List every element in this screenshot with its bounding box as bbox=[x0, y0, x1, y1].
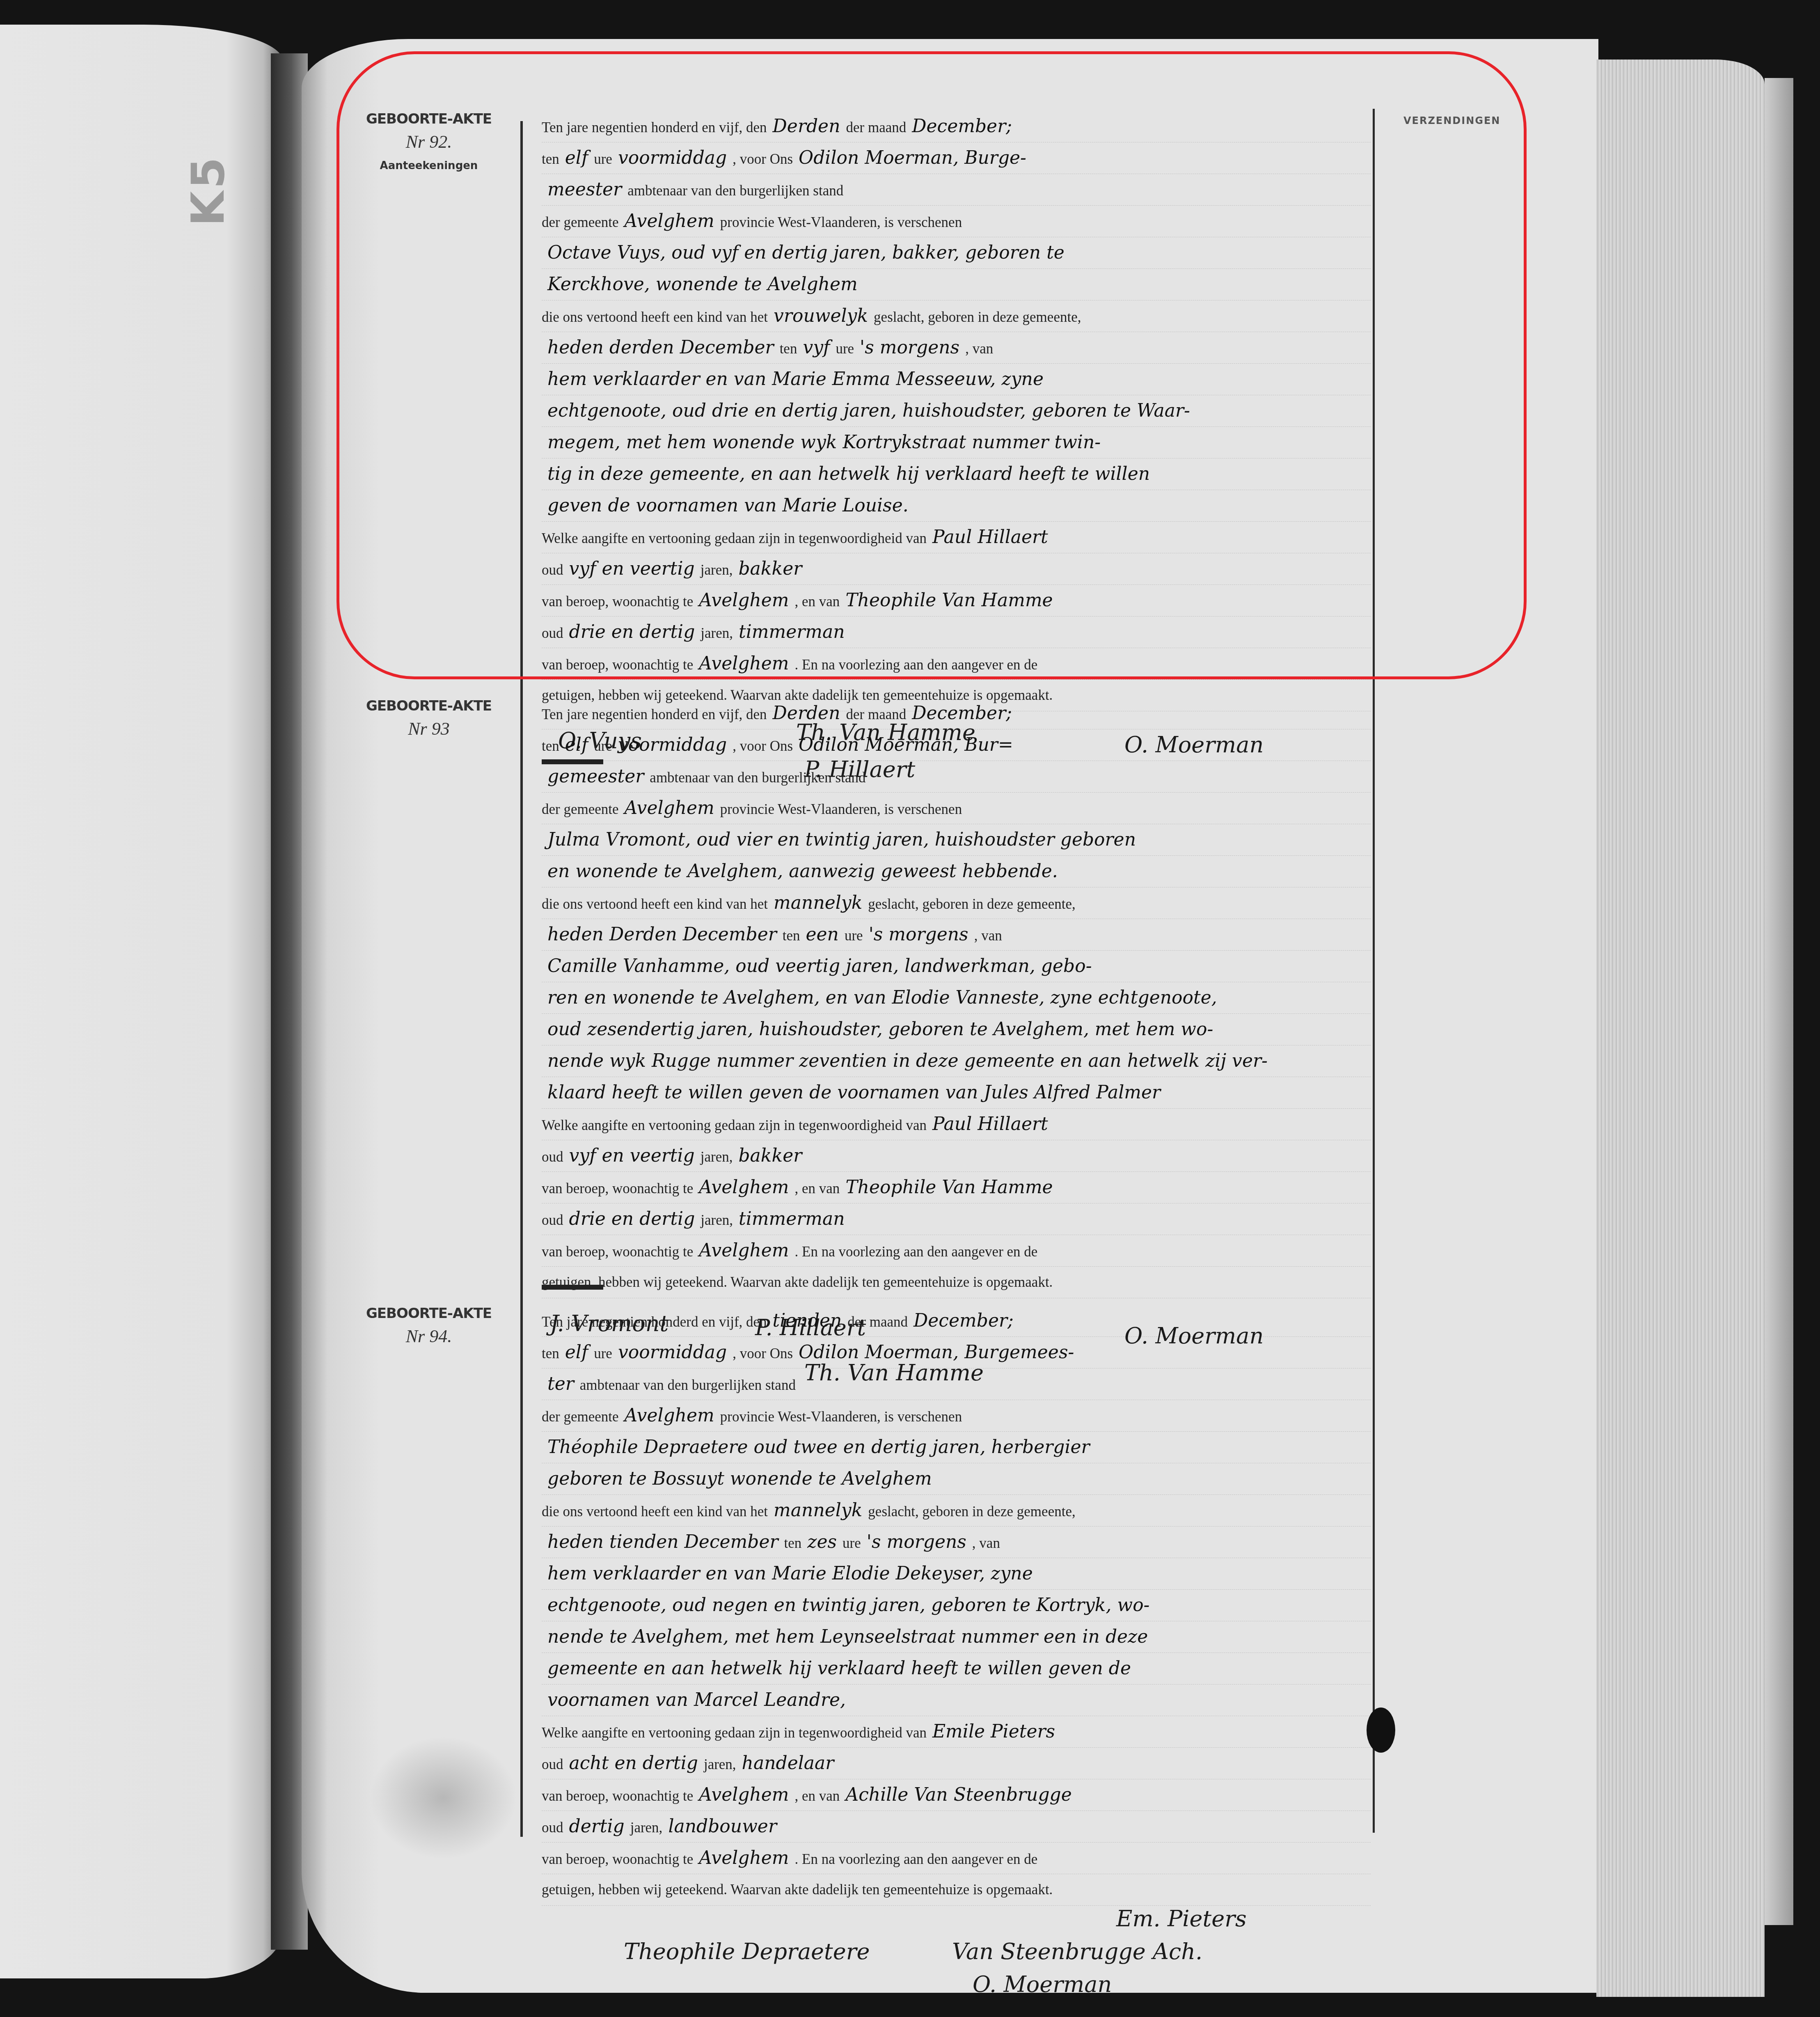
act-line: terambtenaar van den burgerlijken stand bbox=[542, 1368, 1371, 1400]
handwritten-entry: Camille Vanhamme, oud veertig jaren, lan… bbox=[542, 956, 1098, 976]
handwritten-entry: gemeente en aan hetwelk hij verklaard he… bbox=[542, 1658, 1137, 1679]
handwritten-entry: elf bbox=[559, 147, 594, 168]
printed-text: jaren, bbox=[701, 562, 733, 578]
act-line: tenelfurevoormiddag, voor OnsOdilon Moer… bbox=[542, 1337, 1371, 1368]
act-line: geboren te Bossuyt wonende te Avelghem bbox=[542, 1463, 1371, 1495]
handwritten-entry: megem, met hem wonende wyk Kortrykstraat… bbox=[542, 432, 1106, 453]
handwritten-entry: voormiddag bbox=[612, 1342, 733, 1363]
act-line: der gemeenteAvelghemprovincie West-Vlaan… bbox=[542, 1400, 1371, 1432]
act-line: ouddertigjaren,landbouwer bbox=[542, 1811, 1371, 1843]
printed-text: ambtenaar van den burgerlijken stand bbox=[627, 183, 843, 199]
printed-text: ure bbox=[594, 738, 612, 754]
act-line: heden tienden Decembertenzesure's morgen… bbox=[542, 1527, 1371, 1558]
printed-text: oud bbox=[542, 1149, 563, 1165]
handwritten-entry: Kerckhove, wonende te Avelghem bbox=[542, 274, 863, 295]
handwritten-entry: vyf bbox=[797, 337, 836, 358]
act-line: geven de voornamen van Marie Louise. bbox=[542, 490, 1371, 522]
printed-text: ure bbox=[842, 1535, 861, 1551]
handwritten-entry: dertig bbox=[563, 1816, 630, 1837]
handwritten-entry: nende wyk Rugge nummer zeventien in deze… bbox=[542, 1050, 1273, 1071]
printed-text: van beroep, woonachtig te bbox=[542, 657, 693, 673]
act-kind: GEBOORTE-AKTE bbox=[361, 111, 497, 127]
act-line: gemeente en aan hetwelk hij verklaard he… bbox=[542, 1653, 1371, 1685]
handwritten-entry: hem verklaarder en van Marie Emma Messee… bbox=[542, 369, 1049, 390]
handwritten-entry: Odilon Moerman, Bur= bbox=[793, 734, 1019, 755]
act-line: Welke aangifte en vertooning gedaan zijn… bbox=[542, 522, 1371, 553]
act-line: megem, met hem wonende wyk Kortrykstraat… bbox=[542, 427, 1371, 458]
handwritten-entry: 's morgens bbox=[854, 337, 965, 358]
act-line: hem verklaarder en van Marie Elodie Deke… bbox=[542, 1558, 1371, 1590]
printed-text: van beroep, woonachtig te bbox=[542, 1180, 693, 1196]
printed-text: ten bbox=[542, 738, 559, 754]
printed-text: geslacht, geboren in deze gemeente, bbox=[868, 1504, 1075, 1520]
handwritten-entry: timmerman bbox=[733, 1208, 851, 1229]
handwritten-entry: mannelyk bbox=[768, 892, 868, 913]
handwritten-entry: December; bbox=[908, 1310, 1019, 1331]
act-line: oudvyf en veertigjaren,bakker bbox=[542, 553, 1371, 585]
printed-text: der maand bbox=[846, 119, 907, 135]
act-line: die ons vertoond heeft een kind van hetv… bbox=[542, 300, 1371, 332]
handwritten-entry: acht en dertig bbox=[563, 1753, 704, 1774]
handwritten-entry: Avelghem bbox=[693, 1177, 794, 1198]
printed-text: die ons vertoond heeft een kind van het bbox=[542, 1504, 768, 1520]
act-number: Nr 94. bbox=[361, 1326, 497, 1347]
act-line: der gemeenteAvelghemprovincie West-Vlaan… bbox=[542, 206, 1371, 237]
printed-text: jaren, bbox=[701, 1212, 733, 1228]
printed-text: getuigen, hebben wij geteekend. Waarvan … bbox=[542, 1882, 1053, 1898]
act-line: der gemeenteAvelghemprovincie West-Vlaan… bbox=[542, 793, 1371, 824]
printed-text: ambtenaar van den burgerlijken stand bbox=[650, 770, 865, 786]
act-line: die ons vertoond heeft een kind van hetm… bbox=[542, 1495, 1371, 1527]
act-kind: GEBOORTE-AKTE bbox=[361, 1305, 497, 1322]
act-line: getuigen, hebben wij geteekend. Waarvan … bbox=[542, 1874, 1371, 1906]
handwritten-entry: Avelghem bbox=[693, 590, 794, 611]
handwritten-entry: Derden bbox=[767, 116, 846, 137]
act-line: meesterambtenaar van den burgerlijken st… bbox=[542, 174, 1371, 206]
act-number: Nr 92. bbox=[361, 131, 497, 152]
printed-text: jaren, bbox=[701, 1149, 733, 1165]
signature: O. Moerman bbox=[973, 1971, 1112, 1997]
page-edges bbox=[1596, 60, 1765, 1997]
handwritten-entry: Avelghem bbox=[619, 211, 720, 231]
printed-text: Ten jare negentien honderd en vijf, den bbox=[542, 1314, 767, 1330]
printed-text: , voor Ons bbox=[733, 151, 793, 167]
handwritten-entry: tienden bbox=[767, 1310, 848, 1331]
printed-text: provincie West-Vlaanderen, is verschenen bbox=[720, 214, 962, 230]
act-notes-label: Aanteekeningen bbox=[361, 160, 497, 172]
act-line: Ten jare negentien honderd en vijf, dent… bbox=[542, 1305, 1371, 1337]
printed-text: ten bbox=[783, 928, 800, 944]
act-line: getuigen, hebben wij geteekend. Waarvan … bbox=[542, 1267, 1371, 1298]
form-rule-right bbox=[1373, 109, 1375, 1833]
printed-text: , en van bbox=[795, 1180, 840, 1196]
printed-text: die ons vertoond heeft een kind van het bbox=[542, 309, 768, 325]
act-line: echtgenoote, oud negen en twintig jaren,… bbox=[542, 1590, 1371, 1621]
act-line: Julma Vromont, oud vier en twintig jaren… bbox=[542, 824, 1371, 856]
handwritten-entry: Paul Hillaert bbox=[927, 527, 1054, 548]
handwritten-entry: zes bbox=[801, 1531, 842, 1552]
act-label: GEBOORTE-AKTE Nr 92. Aanteekeningen bbox=[361, 111, 497, 172]
right-margin-header: VERZENDINGEN bbox=[1403, 115, 1500, 126]
printed-text: provincie West-Vlaanderen, is verschenen bbox=[720, 801, 962, 817]
printed-text: , en van bbox=[795, 594, 840, 610]
handwritten-entry: Avelghem bbox=[693, 1847, 794, 1868]
ink-blot bbox=[1367, 1708, 1395, 1753]
act-line: heden derden Decembertenvyfure's morgens… bbox=[542, 332, 1371, 364]
handwritten-entry: oud zesendertig jaren, huishoudster, geb… bbox=[542, 1019, 1219, 1040]
left-page bbox=[0, 25, 283, 1978]
printed-text: van beroep, woonachtig te bbox=[542, 1244, 693, 1260]
act-line: ouddrie en dertigjaren,timmerman bbox=[542, 1203, 1371, 1235]
handwritten-entry: Odilon Moerman, Burge- bbox=[793, 147, 1032, 168]
act-line: oud zesendertig jaren, huishoudster, geb… bbox=[542, 1014, 1371, 1045]
act-body: Ten jare negentien honderd en vijf, denD… bbox=[542, 698, 1371, 1393]
handwritten-entry: drie en dertig bbox=[563, 1208, 701, 1229]
handwritten-entry: tig in deze gemeente, en aan hetwelk hij… bbox=[542, 463, 1156, 484]
act-line: Octave Vuys, oud vyf en dertig jaren, ba… bbox=[542, 237, 1371, 269]
handwritten-entry: vrouwelyk bbox=[768, 305, 874, 326]
handwritten-entry: bakker bbox=[733, 558, 808, 579]
handwritten-entry: Paul Hillaert bbox=[927, 1114, 1054, 1135]
act-label: GEBOORTE-AKTE Nr 94. bbox=[361, 1305, 497, 1354]
printed-text: Welke aangifte en vertooning gedaan zijn… bbox=[542, 1725, 927, 1741]
act-label: GEBOORTE-AKTE Nr 93 bbox=[361, 698, 497, 747]
act-line: gemeesterambtenaar van den burgerlijken … bbox=[542, 761, 1371, 793]
act-line: ouddrie en dertigjaren,timmerman bbox=[542, 617, 1371, 648]
printed-text: getuigen, hebben wij geteekend. Waarvan … bbox=[542, 1274, 1053, 1290]
act-line: die ons vertoond heeft een kind van hetm… bbox=[542, 887, 1371, 919]
act-line: Ten jare negentien honderd en vijf, denD… bbox=[542, 698, 1371, 729]
printed-text: ure bbox=[836, 341, 854, 357]
handwritten-entry: December; bbox=[906, 703, 1018, 724]
form-rule-left bbox=[520, 121, 523, 1837]
handwritten-entry: Avelghem bbox=[619, 1405, 720, 1426]
handwritten-entry: Emile Pieters bbox=[927, 1721, 1061, 1742]
printed-text: ten bbox=[780, 341, 797, 357]
handwritten-entry: bakker bbox=[733, 1145, 808, 1166]
handwritten-entry: vyf en veertig bbox=[563, 558, 701, 579]
act-line: oudvyf en veertigjaren,bakker bbox=[542, 1140, 1371, 1172]
printed-text: ure bbox=[594, 151, 612, 167]
handwritten-entry: Avelghem bbox=[693, 1240, 794, 1261]
act-line: echtgenoote, oud drie en dertig jaren, h… bbox=[542, 395, 1371, 427]
printed-text: oud bbox=[542, 1212, 563, 1228]
printed-text: die ons vertoond heeft een kind van het bbox=[542, 896, 768, 912]
handwritten-entry: Theophile Van Hamme bbox=[840, 1177, 1058, 1198]
printed-text: , en van bbox=[795, 1788, 840, 1804]
printed-text: ten bbox=[784, 1535, 802, 1551]
handwritten-entry: Odilon Moerman, Burgemees- bbox=[793, 1342, 1080, 1363]
act-line: tenelfurevoormiddag, voor OnsOdilon Moer… bbox=[542, 142, 1371, 174]
handwritten-entry: drie en dertig bbox=[563, 621, 701, 642]
handwritten-entry: Theophile Van Hamme bbox=[840, 590, 1058, 611]
handwritten-entry: nende te Avelghem, met hem Leynseelstraa… bbox=[542, 1626, 1154, 1647]
handwritten-entry: Avelghem bbox=[693, 653, 794, 674]
act-line: Welke aangifte en vertooning gedaan zijn… bbox=[542, 1109, 1371, 1140]
handwritten-entry: Octave Vuys, oud vyf en dertig jaren, ba… bbox=[542, 242, 1070, 263]
act-line: klaard heeft te willen geven de voorname… bbox=[542, 1077, 1371, 1109]
act-line: Kerckhove, wonende te Avelghem bbox=[542, 269, 1371, 300]
printed-text: oud bbox=[542, 625, 563, 641]
act-line: Théophile Depraetere oud twee en dertig … bbox=[542, 1432, 1371, 1463]
act-line: van beroep, woonachtig teAvelghem, en va… bbox=[542, 1172, 1371, 1203]
ink-stain bbox=[369, 1736, 517, 1859]
printed-text: oud bbox=[542, 1756, 563, 1772]
printed-text: . En na voorlezing aan den aangever en d… bbox=[795, 657, 1038, 673]
printed-text: geslacht, geboren in deze gemeente, bbox=[874, 309, 1081, 325]
printed-text: der maand bbox=[847, 1314, 908, 1330]
handwritten-entry: vyf en veertig bbox=[563, 1145, 701, 1166]
act-line: hem verklaarder en van Marie Emma Messee… bbox=[542, 364, 1371, 395]
act-line: van beroep, woonachtig teAvelghem. En na… bbox=[542, 1843, 1371, 1874]
printed-text: . En na voorlezing aan den aangever en d… bbox=[795, 1244, 1038, 1260]
handwritten-entry: Avelghem bbox=[619, 798, 720, 818]
margin-stamp: K5 bbox=[182, 155, 234, 226]
handwritten-entry: Avelghem bbox=[693, 1784, 794, 1805]
printed-text: ure bbox=[594, 1345, 612, 1361]
handwritten-entry: een bbox=[800, 924, 845, 945]
signature: Theophile Depraetere bbox=[624, 1939, 870, 1964]
printed-text: provincie West-Vlaanderen, is verschenen bbox=[720, 1409, 962, 1425]
printed-text: , van bbox=[965, 341, 993, 357]
printed-text: ure bbox=[845, 928, 863, 944]
handwritten-entry: hem verklaarder en van Marie Elodie Deke… bbox=[542, 1563, 1039, 1584]
act-line: van beroep, woonachtig teAvelghem, en va… bbox=[542, 1779, 1371, 1811]
signatures: Theophile DepraetereEm. PietersVan Steen… bbox=[542, 1906, 1371, 2000]
handwritten-entry: klaard heeft te willen geven de voorname… bbox=[542, 1082, 1166, 1103]
printed-text: , van bbox=[974, 928, 1002, 944]
handwritten-entry: voornamen van Marcel Leandre, bbox=[542, 1689, 852, 1710]
act-line: voornamen van Marcel Leandre, bbox=[542, 1685, 1371, 1716]
printed-text: Welke aangifte en vertooning gedaan zijn… bbox=[542, 530, 927, 546]
handwritten-entry: landbouwer bbox=[662, 1816, 783, 1837]
handwritten-entry: timmerman bbox=[733, 621, 851, 642]
printed-text: ambtenaar van den burgerlijken stand bbox=[580, 1377, 796, 1393]
printed-text: van beroep, woonachtig te bbox=[542, 1851, 693, 1867]
printed-text: Welke aangifte en vertooning gedaan zijn… bbox=[542, 1117, 927, 1133]
act-line: van beroep, woonachtig teAvelghem. En na… bbox=[542, 1235, 1371, 1267]
handwritten-entry: Théophile Depraetere oud twee en dertig … bbox=[542, 1437, 1096, 1458]
printed-text: jaren, bbox=[701, 625, 733, 641]
act-line: van beroep, woonachtig teAvelghem. En na… bbox=[542, 648, 1371, 680]
handwritten-entry: elf bbox=[559, 734, 594, 755]
handwritten-entry: ren en wonende te Avelghem, en van Elodi… bbox=[542, 987, 1223, 1008]
handwritten-entry: echtgenoote, oud drie en dertig jaren, h… bbox=[542, 400, 1196, 421]
handwritten-entry: gemeester bbox=[542, 766, 650, 787]
handwritten-entry: mannelyk bbox=[768, 1500, 868, 1521]
handwritten-entry: handelaar bbox=[736, 1753, 840, 1774]
handwritten-entry: geboren te Bossuyt wonende te Avelghem bbox=[542, 1468, 938, 1489]
act-line: ren en wonende te Avelghem, en van Elodi… bbox=[542, 982, 1371, 1014]
printed-text: van beroep, woonachtig te bbox=[542, 594, 693, 610]
act-kind: GEBOORTE-AKTE bbox=[361, 698, 497, 714]
printed-text: . En na voorlezing aan den aangever en d… bbox=[795, 1851, 1038, 1867]
handwritten-entry: echtgenoote, oud negen en twintig jaren,… bbox=[542, 1595, 1156, 1616]
printed-text: , van bbox=[972, 1535, 1000, 1551]
signature: Van Steenbrugge Ach. bbox=[952, 1939, 1202, 1964]
act-line: nende te Avelghem, met hem Leynseelstraa… bbox=[542, 1621, 1371, 1653]
handwritten-entry: heden Derden December bbox=[542, 924, 783, 945]
handwritten-entry: meester bbox=[542, 179, 627, 200]
handwritten-entry: heden derden December bbox=[542, 337, 780, 358]
book-cover-edge bbox=[1765, 78, 1793, 1925]
act-line: en wonende te Avelghem, aanwezig geweest… bbox=[542, 856, 1371, 887]
signature: Em. Pieters bbox=[1116, 1906, 1247, 1932]
printed-text: jaren, bbox=[704, 1756, 736, 1772]
handwritten-entry: elf bbox=[559, 1342, 594, 1363]
handwritten-entry: Achille Van Steenbrugge bbox=[840, 1784, 1077, 1805]
printed-text: jaren, bbox=[630, 1820, 663, 1836]
act-line: heden Derden Decemberteneenure's morgens… bbox=[542, 919, 1371, 951]
printed-text: oud bbox=[542, 562, 563, 578]
handwritten-entry: voormiddag bbox=[612, 734, 733, 755]
act-line: tenelfurevoormiddag, voor OnsOdilon Moer… bbox=[542, 729, 1371, 761]
printed-text: van beroep, woonachtig te bbox=[542, 1788, 693, 1804]
printed-text: , voor Ons bbox=[733, 738, 793, 754]
handwritten-entry: geven de voornamen van Marie Louise. bbox=[542, 495, 914, 516]
act-line: van beroep, woonachtig teAvelghem, en va… bbox=[542, 585, 1371, 617]
printed-text: oud bbox=[542, 1820, 563, 1836]
handwritten-entry: 's morgens bbox=[863, 924, 974, 945]
handwritten-entry: ter bbox=[542, 1373, 580, 1394]
act-line: Camille Vanhamme, oud veertig jaren, lan… bbox=[542, 951, 1371, 982]
handwritten-entry: Derden bbox=[767, 703, 846, 724]
handwritten-entry: Julma Vromont, oud vier en twintig jaren… bbox=[542, 829, 1142, 850]
printed-text: Ten jare negentien honderd en vijf, den bbox=[542, 119, 767, 135]
act-number: Nr 93 bbox=[361, 718, 497, 739]
end-bar bbox=[542, 1285, 603, 1290]
printed-text: ten bbox=[542, 1345, 559, 1361]
printed-text: , voor Ons bbox=[733, 1345, 793, 1361]
handwritten-entry: 's morgens bbox=[861, 1531, 972, 1552]
handwritten-entry: voormiddag bbox=[612, 147, 733, 168]
printed-text: der gemeente bbox=[542, 801, 619, 817]
printed-text: Ten jare negentien honderd en vijf, den bbox=[542, 706, 767, 722]
act-line: Welke aangifte en vertooning gedaan zijn… bbox=[542, 1716, 1371, 1748]
act-line: tig in deze gemeente, en aan hetwelk hij… bbox=[542, 458, 1371, 490]
printed-text: ten bbox=[542, 151, 559, 167]
handwritten-entry: December; bbox=[906, 116, 1018, 137]
act-body: Ten jare negentien honderd en vijf, dent… bbox=[542, 1305, 1371, 2000]
printed-text: der gemeente bbox=[542, 1409, 619, 1425]
printed-text: geslacht, geboren in deze gemeente, bbox=[868, 896, 1075, 912]
handwritten-entry: heden tienden December bbox=[542, 1531, 784, 1552]
act-line: Ten jare negentien honderd en vijf, denD… bbox=[542, 111, 1371, 142]
handwritten-entry: en wonende te Avelghem, aanwezig geweest… bbox=[542, 861, 1064, 882]
printed-text: der maand bbox=[846, 706, 907, 722]
act-line: nende wyk Rugge nummer zeventien in deze… bbox=[542, 1045, 1371, 1077]
act-line: oudacht en dertigjaren,handelaar bbox=[542, 1748, 1371, 1779]
printed-text: der gemeente bbox=[542, 214, 619, 230]
